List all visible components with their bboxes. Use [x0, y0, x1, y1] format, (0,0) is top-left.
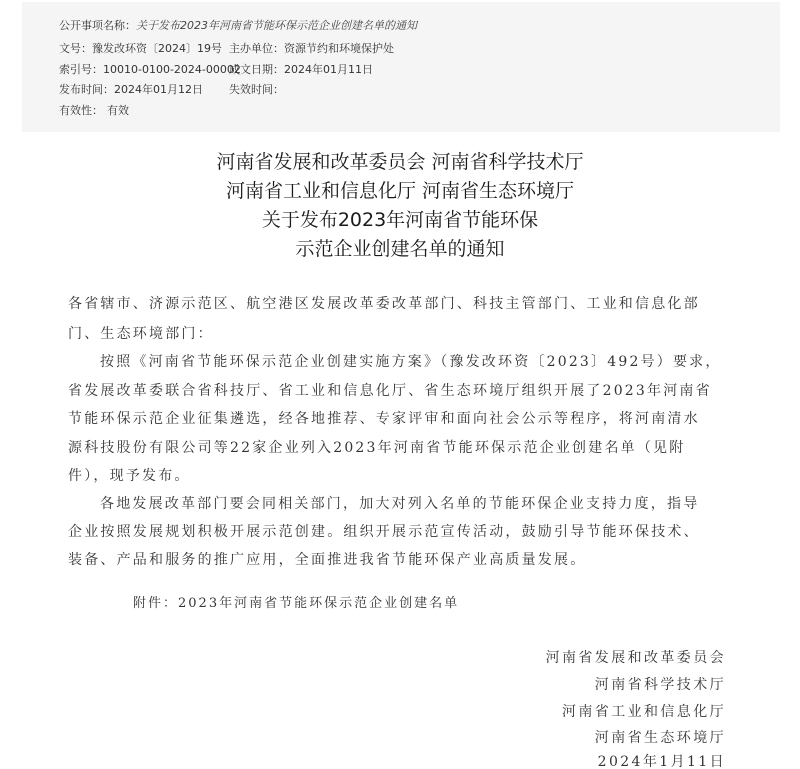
signature-date: 2024年1月11日 [598, 752, 726, 769]
paragraph-1-line: 按照《河南省节能环保示范企业创建实施方案》（豫发改环资〔2023〕492号）要求… [100, 352, 780, 372]
signature-org: 河南省发展和改革委员会 [546, 648, 726, 668]
paragraph-2-line: 装备、产品和服务的推广应用，全面推进我省节能环保产业高质量发展。 [68, 550, 748, 570]
paragraph-2-line: 各地发展改革部门要会同相关部门，加大对列入名单的节能环保企业支持力度，指导 [100, 494, 780, 514]
meta-public-item: 公开事项名称：关于发布2023年河南省节能环保示范企业创建名单的通知 [59, 19, 417, 33]
meta-host-unit: 主办单位：资源节约和环境保护处 [229, 42, 394, 56]
meta-index-no: 索引号：10010-0100-2024-00002 [59, 63, 241, 77]
addressee-line: 门、生态环境部门： [68, 324, 748, 344]
paragraph-1-line: 源科技股份有限公司等22家企业列入2023年河南省节能环保示范企业创建名单（见附 [68, 438, 748, 458]
title-line: 河南省工业和信息化厅 河南省生态环境厅 [0, 177, 800, 206]
paragraph-1-line: 省发展改革委联合省科技厅、省工业和信息化厅、省生态环境厅组织开展了2023年河南… [68, 381, 748, 401]
public-item-title: 关于发布2023年河南省节能环保示范企业创建名单的通知 [136, 19, 417, 32]
document-title: 河南省发展和改革委员会 河南省科学技术厅 河南省工业和信息化厅 河南省生态环境厅… [0, 148, 800, 264]
paragraph-1-line: 节能环保示范企业征集遴选，经各地推荐、专家评审和面向社会公示等程序，将河南清水 [68, 409, 748, 429]
metadata-panel: 公开事项名称：关于发布2023年河南省节能环保示范企业创建名单的通知 文号：豫发… [22, 2, 780, 132]
attachment-link[interactable]: 附件：2023年河南省节能环保示范企业创建名单 [133, 594, 800, 614]
meta-written-date: 成文日期：2024年01月11日 [229, 63, 373, 77]
signature-org: 河南省科学技术厅 [595, 675, 726, 695]
title-line: 示范企业创建名单的通知 [0, 235, 800, 264]
signature-org: 河南省生态环境厅 [595, 728, 726, 748]
meta-validity: 有效性：有效 [59, 104, 129, 118]
title-line: 河南省发展和改革委员会 河南省科学技术厅 [0, 148, 800, 177]
signature-org: 河南省工业和信息化厅 [562, 702, 726, 722]
paragraph-2-line: 企业按照发展规划积极开展示范创建。组织开展示范宣传活动，鼓励引导节能环保技术、 [68, 522, 748, 542]
title-line: 关于发布2023年河南省节能环保 [0, 206, 800, 235]
addressee-line: 各省辖市、济源示范区、航空港区发展改革委改革部门、科技主管部门、工业和信息化部 [68, 294, 748, 314]
paragraph-1-line: 件），现予发布。 [68, 466, 748, 486]
meta-doc-no: 文号：豫发改环资〔2024〕19号 [59, 42, 222, 56]
meta-expiry: 失效时间： [229, 83, 284, 97]
meta-publish-time: 发布时间：2024年01月12日 [59, 83, 203, 97]
